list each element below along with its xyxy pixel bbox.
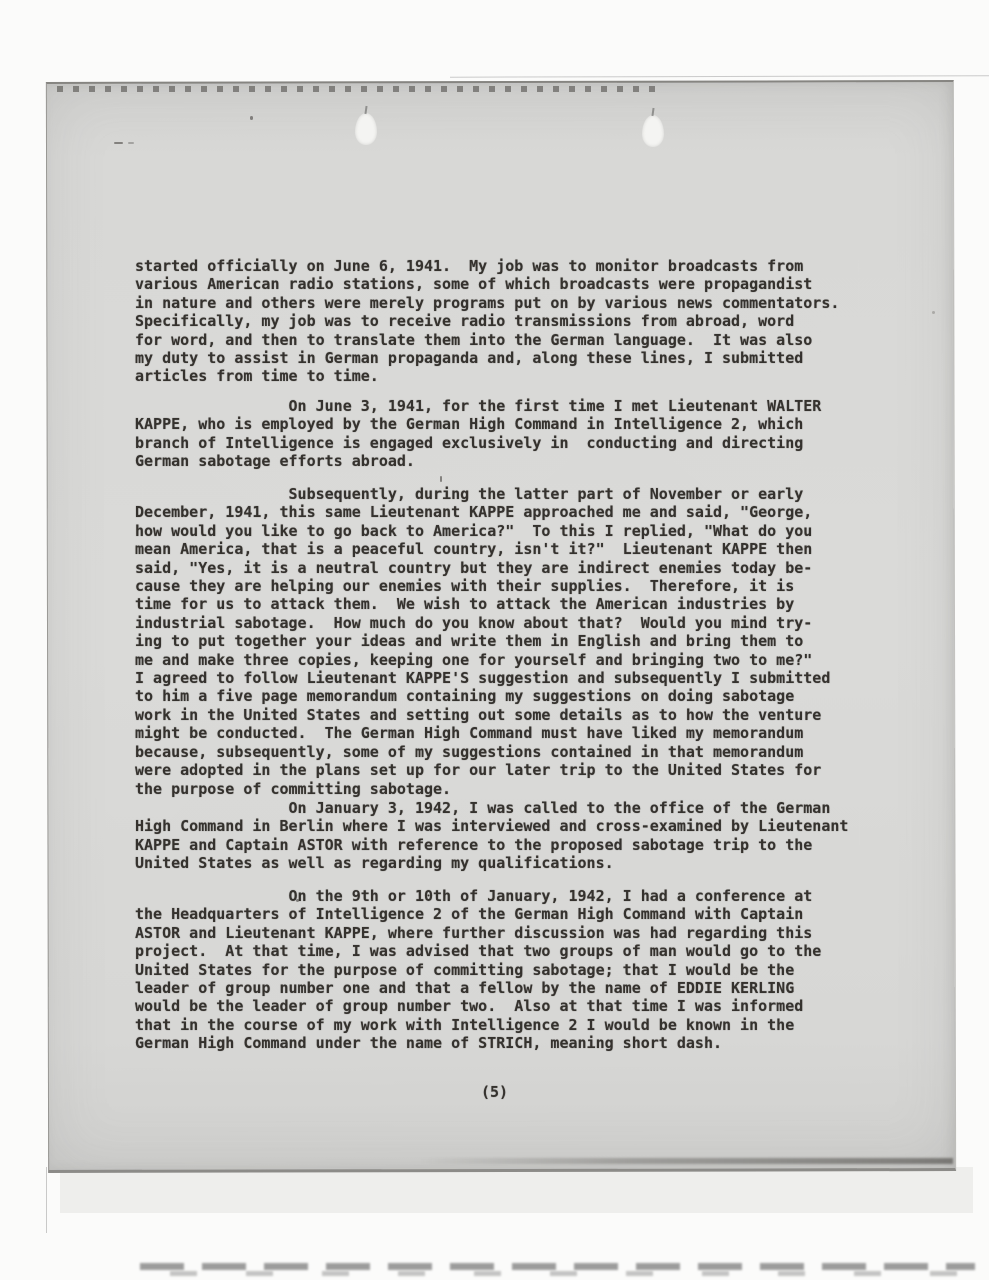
scan-speck xyxy=(296,899,299,902)
scan-crease-line xyxy=(450,75,989,77)
paper-bottom-edge-shadow xyxy=(420,1158,953,1164)
backing-sheet xyxy=(60,1167,973,1213)
next-page-text-bleed xyxy=(140,1263,975,1270)
paragraph-sabotage-proposal: Subsequently, during the latter part of … xyxy=(135,485,830,798)
scan-speck xyxy=(932,311,935,314)
scan-edge-line xyxy=(46,1167,47,1233)
binding-perforation-marks xyxy=(57,86,657,92)
paragraph-january-conference: On the 9th or 10th of January, 1942, I h… xyxy=(135,887,821,1053)
paragraph-meeting-kappe: On June 3, 1941, for the first time I me… xyxy=(135,397,821,471)
scan-speck xyxy=(250,116,253,120)
punch-hole-right xyxy=(642,115,664,147)
paragraph-radio-monitoring: started officially on June 6, 1941. My j… xyxy=(135,257,839,386)
paragraph-berlin-interview: On January 3, 1942, I was called to the … xyxy=(135,799,848,873)
scan-speck xyxy=(128,142,134,144)
page-number: (5) xyxy=(481,1083,508,1101)
scan-speck xyxy=(114,142,123,144)
next-page-text-bleed xyxy=(170,1271,970,1276)
punch-hole-left xyxy=(355,113,377,145)
scan-speck xyxy=(440,476,442,482)
scanned-document-page: started officially on June 6, 1941. My j… xyxy=(0,0,989,1280)
